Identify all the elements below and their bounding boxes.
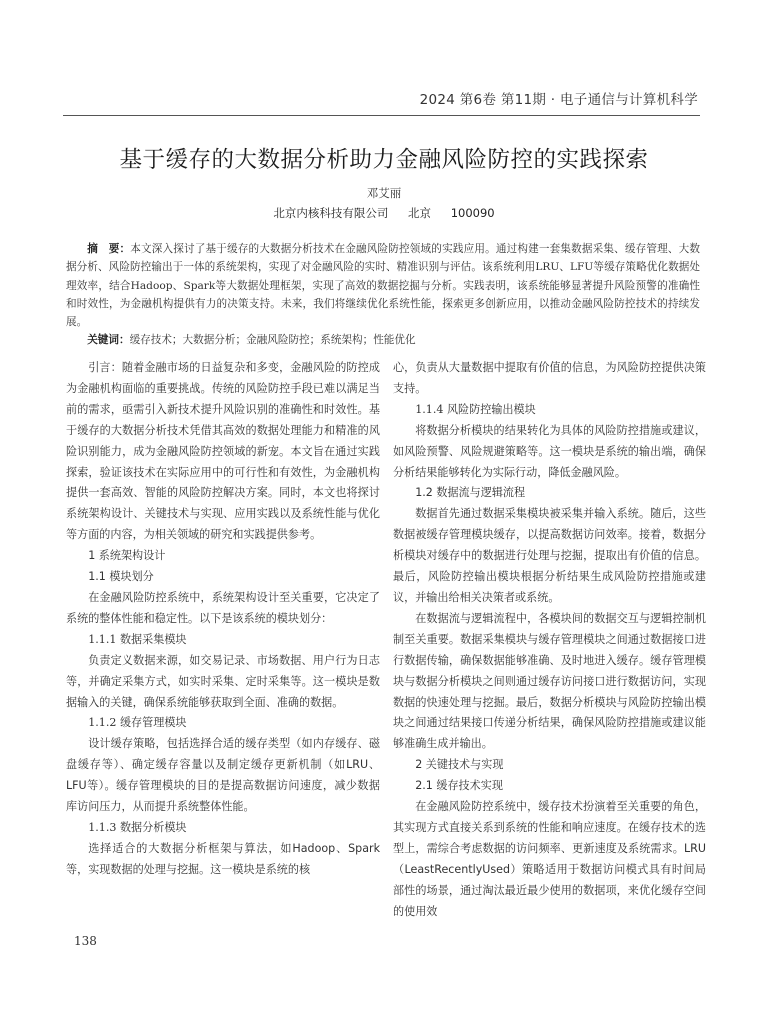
paragraph-introduction: 引言：随着金融市场的日益复杂和多变，金融风险的防控成为金融机构面临的重要挑战。传… xyxy=(66,358,380,546)
affiliation-postcode: 100090 xyxy=(451,206,495,220)
author-name: 邓艾丽 xyxy=(0,185,768,201)
affiliation-org: 北京内核科技有限公司 xyxy=(273,206,388,220)
subsection-heading: 1.1 模块划分 xyxy=(66,567,380,588)
running-head: 2024 第6卷 第11期 · 电子通信与计算机科学 xyxy=(420,88,698,108)
paragraph: 在数据流与逻辑流程中，各模块间的数据交互与逻辑控制机制至关重要。数据采集模块与缓… xyxy=(393,609,706,755)
paragraph: 在金融风险防控系统中，系统架构设计至关重要，它决定了系统的整体性能和稳定性。以下… xyxy=(66,588,380,630)
section-heading: 1 系统架构设计 xyxy=(66,546,380,567)
subsection-heading: 1.2 数据流与逻辑流程 xyxy=(393,483,706,504)
keywords-text: 缓存技术；大数据分析；金融风险防控；系统架构；性能优化 xyxy=(130,334,416,346)
page-number: 138 xyxy=(74,934,97,948)
paragraph: 负责定义数据来源，如交易记录、市场数据、用户行为日志等，并确定采集方式，如实时采… xyxy=(66,651,380,714)
subsection-heading: 2.1 缓存技术实现 xyxy=(393,776,706,797)
subsubsection-heading: 1.1.4 风险防控输出模块 xyxy=(393,400,706,421)
subsubsection-heading: 1.1.2 缓存管理模块 xyxy=(66,713,380,734)
abstract: 摘 要：本文深入探讨了基于缓存的大数据分析技术在金融风险防控领域的实践应用。通过… xyxy=(66,240,700,331)
section-heading: 2 关键技术与实现 xyxy=(393,755,706,776)
body-column-left: 引言：随着金融市场的日益复杂和多变，金融风险的防控成为金融机构面临的重要挑战。传… xyxy=(66,358,380,881)
affiliation: 北京内核科技有限公司 北京 100090 xyxy=(0,205,768,221)
affiliation-city: 北京 xyxy=(408,206,431,220)
article-title: 基于缓存的大数据分析助力金融风险防控的实践探索 xyxy=(0,142,768,174)
subsubsection-heading: 1.1.3 数据分析模块 xyxy=(66,818,380,839)
paragraph: 数据首先通过数据采集模块被采集并输入系统。随后，这些数据被缓存管理模块缓存，以提… xyxy=(393,504,706,609)
subsubsection-heading: 1.1.1 数据采集模块 xyxy=(66,630,380,651)
paragraph: 将数据分析模块的结果转化为具体的风险防控措施或建议，如风险预警、风险规避策略等。… xyxy=(393,421,706,484)
body-column-right: 心，负责从大量数据中提取有价值的信息，为风险防控提供决策支持。 1.1.4 风险… xyxy=(393,358,706,922)
keywords: 关键词：缓存技术；大数据分析；金融风险防控；系统架构；性能优化 xyxy=(66,331,700,349)
paragraph: 在金融风险防控系统中，缓存技术扮演着至关重要的角色，其实现方式直接关系到系统的性… xyxy=(393,797,706,922)
paragraph: 选择适合的大数据分析框架与算法，如Hadoop、Spark等，实现数据的处理与挖… xyxy=(66,839,380,881)
keywords-label: 关键词： xyxy=(87,334,129,346)
abstract-text: 本文深入探讨了基于缓存的大数据分析技术在金融风险防控领域的实践应用。通过构建一套… xyxy=(66,243,700,328)
paragraph-continued: 心，负责从大量数据中提取有价值的信息，为风险防控提供决策支持。 xyxy=(393,358,706,400)
abstract-label: 摘 要： xyxy=(87,243,130,255)
paragraph: 设计缓存策略，包括选择合适的缓存类型（如内存缓存、磁盘缓存等）、确定缓存容量以及… xyxy=(66,734,380,818)
header-rule xyxy=(63,115,700,116)
